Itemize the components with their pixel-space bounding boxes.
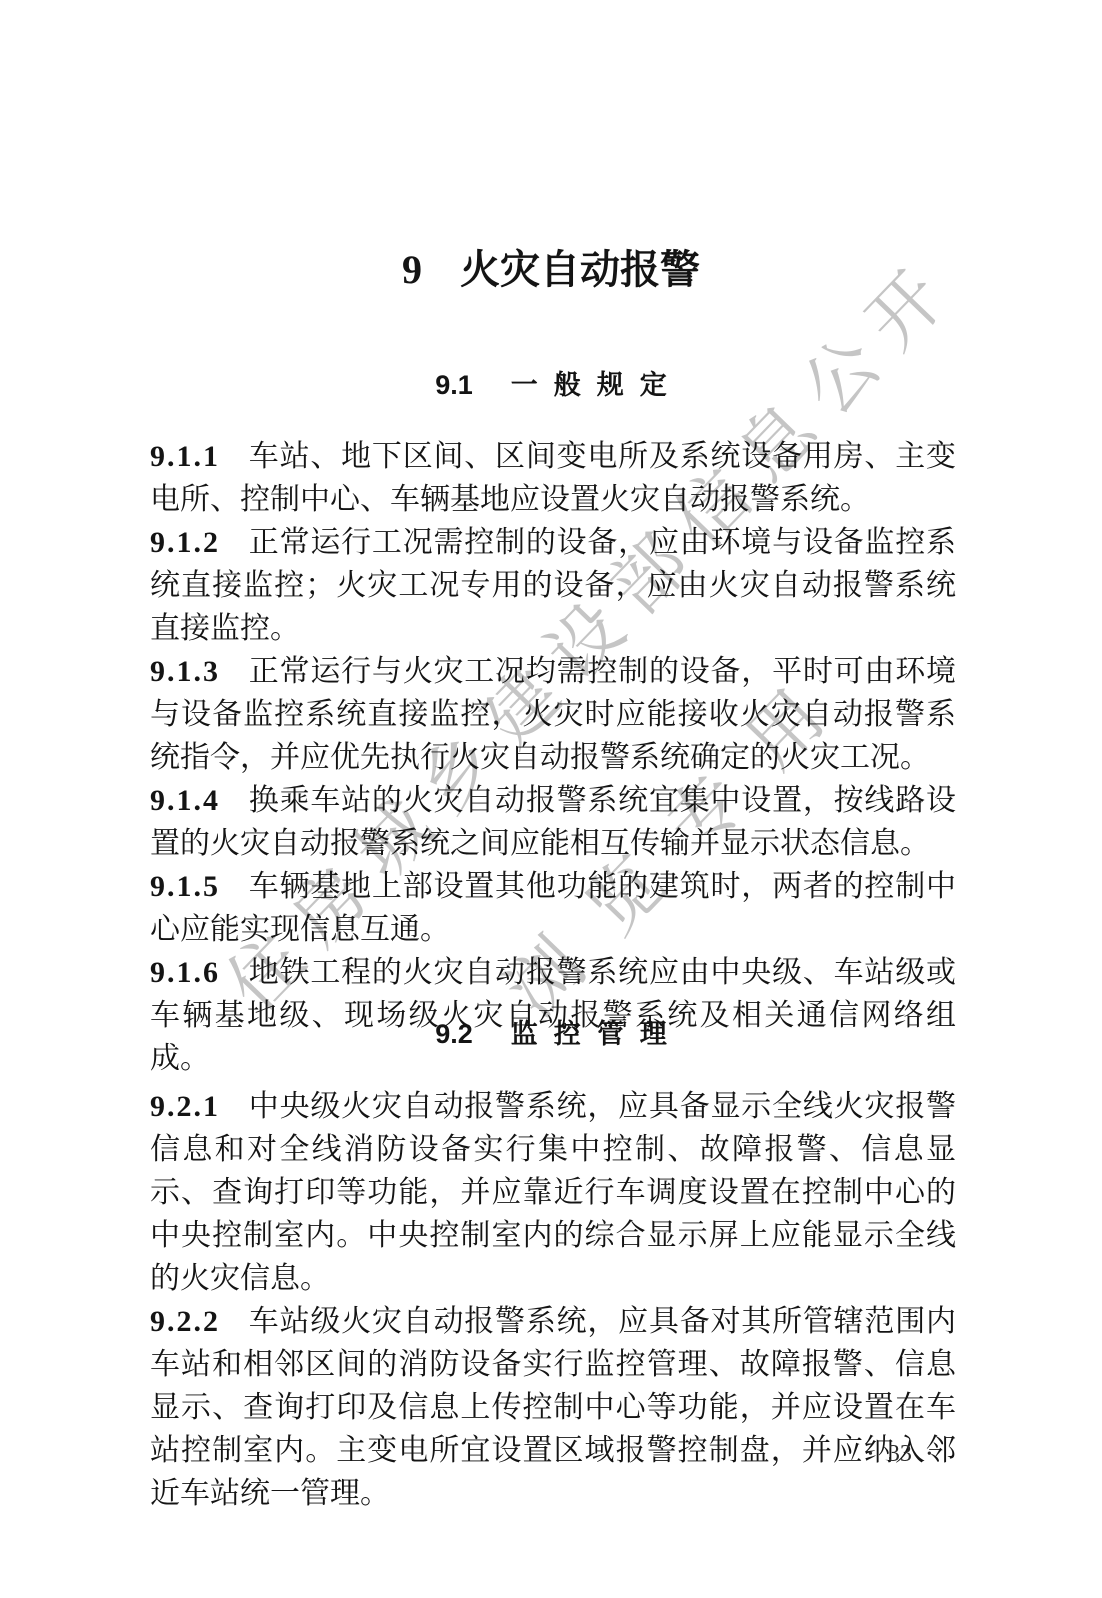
section-9-2-body: 9.2.1中央级火灾自动报警系统，应具备显示全线火灾报警信息和对全线消防设备实行…: [150, 1085, 956, 1515]
clause-number: 9.1.2: [150, 526, 220, 559]
clause-9-1-4: 9.1.4换乘车站的火灾自动报警系统宜集中设置，按线路设置的火灾自动报警系统之间…: [150, 779, 956, 865]
clause-text: 车站级火灾自动报警系统，应具备对其所管辖范围内车站和相邻区间的消防设备实行监控管…: [150, 1305, 956, 1510]
section-number: 9.2: [435, 1018, 473, 1050]
bullet-icon: •: [868, 1443, 873, 1467]
clause-9-1-5: 9.1.5车辆基地上部设置其他功能的建筑时，两者的控制中心应能实现信息互通。: [150, 865, 956, 951]
clause-9-1-2: 9.1.2正常运行工况需控制的设备，应由环境与设备监控系统直接监控；火灾工况专用…: [150, 521, 956, 650]
clause-number: 9.2.1: [150, 1090, 220, 1123]
clause-9-1-6: 9.1.6地铁工程的火灾自动报警系统应由中央级、车站级或车辆基地级、现场级火灾自…: [150, 951, 956, 1080]
page-number: 33: [888, 1441, 912, 1468]
clause-text: 换乘车站的火灾自动报警系统宜集中设置，按线路设置的火灾自动报警系统之间应能相互传…: [150, 784, 956, 860]
clause-9-1-3: 9.1.3正常运行与火灾工况均需控制的设备，平时可由环境与设备监控系统直接监控，…: [150, 650, 956, 779]
section-heading-9-2: 9.2 监控管理: [0, 1018, 1102, 1050]
section-number: 9.1: [435, 369, 473, 401]
section-heading-9-1: 9.1 一般规定: [0, 369, 1102, 401]
clause-9-2-2: 9.2.2车站级火灾自动报警系统，应具备对其所管辖范围内车站和相邻区间的消防设备…: [150, 1300, 956, 1515]
section-title: 监控管理: [511, 1018, 683, 1050]
chapter-heading: 9 火灾自动报警: [0, 247, 1102, 293]
clause-number: 9.1.3: [150, 655, 220, 688]
clause-number: 9.2.2: [150, 1305, 220, 1338]
clause-text: 车站、地下区间、区间变电所及系统设备用房、主变电所、控制中心、车辆基地应设置火灾…: [150, 440, 956, 516]
document-page: 住房城乡建设部信息公开 浏览专用 9 火灾自动报警 9.1 一般规定 9.1.1…: [0, 0, 1102, 1598]
clause-text: 车辆基地上部设置其他功能的建筑时，两者的控制中心应能实现信息互通。: [150, 870, 956, 946]
clause-text: 正常运行与火灾工况均需控制的设备，平时可由环境与设备监控系统直接监控，火灾时应能…: [150, 655, 956, 774]
chapter-title: 火灾自动报警: [460, 247, 700, 293]
clause-9-2-1: 9.2.1中央级火灾自动报警系统，应具备显示全线火灾报警信息和对全线消防设备实行…: [150, 1085, 956, 1300]
clause-text: 中央级火灾自动报警系统，应具备显示全线火灾报警信息和对全线消防设备实行集中控制、…: [150, 1090, 956, 1295]
clause-text: 地铁工程的火灾自动报警系统应由中央级、车站级或车辆基地级、现场级火灾自动报警系统…: [150, 956, 956, 1075]
page-number-footer: • 33 •: [868, 1441, 932, 1468]
clause-number: 9.1.4: [150, 784, 220, 817]
chapter-number: 9: [402, 247, 422, 293]
clause-number: 9.1.5: [150, 870, 220, 903]
clause-number: 9.1.6: [150, 956, 220, 989]
clause-text: 正常运行工况需控制的设备，应由环境与设备监控系统直接监控；火灾工况专用的设备，应…: [150, 526, 956, 645]
clause-number: 9.1.1: [150, 440, 220, 473]
section-title: 一般规定: [511, 369, 683, 401]
clause-9-1-1: 9.1.1车站、地下区间、区间变电所及系统设备用房、主变电所、控制中心、车辆基地…: [150, 435, 956, 521]
bullet-icon: •: [927, 1443, 932, 1467]
section-9-1-body: 9.1.1车站、地下区间、区间变电所及系统设备用房、主变电所、控制中心、车辆基地…: [150, 435, 956, 1080]
